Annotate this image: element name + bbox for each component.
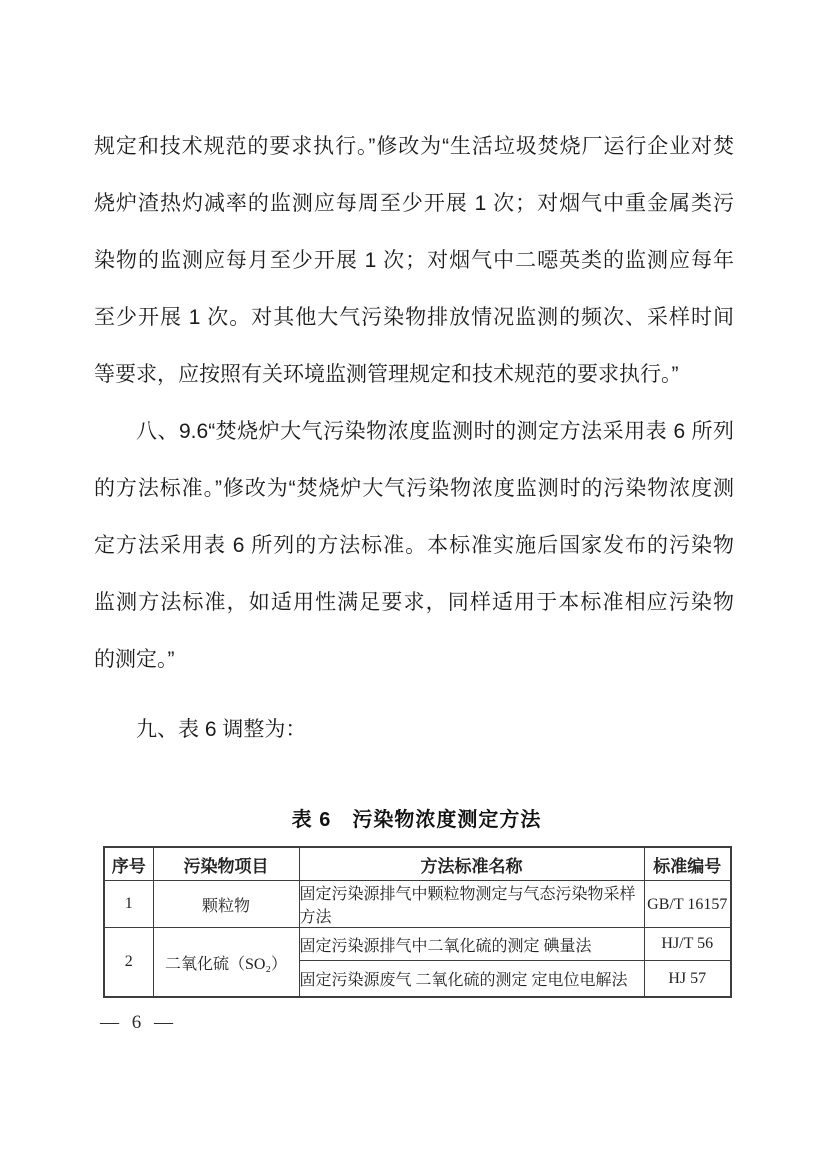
pollutant-methods-table: 序号 污染物项目 方法标准名称 标准编号 1 颗粒物 固定污染源排气中颗粒物测定… bbox=[103, 846, 732, 998]
text-line: 规定和技术规范的要求执行。”修改为“生活垃圾焚烧厂运行企业对焚 bbox=[94, 118, 734, 175]
text-line: 九、表 6 调整为： bbox=[94, 701, 734, 758]
cell-method-name: 固定污染源废气 二氧化硫的测定 定电位电解法 bbox=[299, 961, 644, 998]
cell-method-name: 固定污染源排气中颗粒物测定与气态污染物采样方法 bbox=[299, 881, 644, 928]
text-line: 监测方法标准，如适用性满足要求，同样适用于本标准相应污染物 bbox=[94, 574, 734, 631]
col-header-standard-code: 标准编号 bbox=[644, 847, 731, 881]
text-line: 的测定。” bbox=[94, 631, 734, 688]
cell-standard-code: HJ 57 bbox=[644, 961, 731, 998]
page-number: — 6 — bbox=[100, 1012, 177, 1034]
col-header-pollutant: 污染物项目 bbox=[153, 847, 299, 881]
table-header-row: 序号 污染物项目 方法标准名称 标准编号 bbox=[104, 847, 731, 881]
document-page: 规定和技术规范的要求执行。”修改为“生活垃圾焚烧厂运行企业对焚 烧炉渣热灼减率的… bbox=[0, 0, 827, 1169]
cell-seq: 1 bbox=[104, 881, 153, 928]
cell-standard-code: GB/T 16157 bbox=[644, 881, 731, 928]
table-title: 表 6 污染物浓度测定方法 bbox=[103, 803, 730, 832]
text-line: 至少开展 1 次。对其他大气污染物排放情况监测的频次、采样时间 bbox=[94, 289, 734, 346]
table-row: 1 颗粒物 固定污染源排气中颗粒物测定与气态污染物采样方法 GB/T 16157 bbox=[104, 881, 731, 928]
paragraph-item-eight: 八、9.6“焚烧炉大气污染物浓度监测时的测定方法采用表 6 所列 的方法标准。”… bbox=[94, 403, 734, 688]
text-line: 等要求，应按照有关环境监测管理规定和技术规范的要求执行。” bbox=[94, 346, 734, 403]
text-line: 的方法标准。”修改为“焚烧炉大气污染物浓度监测时的污染物浓度测 bbox=[94, 460, 734, 517]
cell-method-name: 固定污染源排气中二氧化硫的测定 碘量法 bbox=[299, 928, 644, 961]
text-line: 八、9.6“焚烧炉大气污染物浓度监测时的测定方法采用表 6 所列 bbox=[94, 403, 734, 460]
paragraph-continuation: 规定和技术规范的要求执行。”修改为“生活垃圾焚烧厂运行企业对焚 烧炉渣热灼减率的… bbox=[94, 118, 734, 403]
cell-pollutant: 颗粒物 bbox=[153, 881, 299, 928]
body-text: 规定和技术规范的要求执行。”修改为“生活垃圾焚烧厂运行企业对焚 烧炉渣热灼减率的… bbox=[94, 118, 734, 758]
col-header-seq: 序号 bbox=[104, 847, 153, 881]
table-row: 2 二氧化硫（SO₂） 固定污染源排气中二氧化硫的测定 碘量法 HJ/T 56 bbox=[104, 928, 731, 961]
text-line: 烧炉渣热灼减率的监测应每周至少开展 1 次；对烟气中重金属类污 bbox=[94, 175, 734, 232]
text-line: 定方法采用表 6 所列的方法标准。本标准实施后国家发布的污染物 bbox=[94, 517, 734, 574]
col-header-method-name: 方法标准名称 bbox=[299, 847, 644, 881]
paragraph-item-nine: 九、表 6 调整为： bbox=[94, 701, 734, 758]
cell-pollutant: 二氧化硫（SO₂） bbox=[153, 928, 299, 998]
cell-standard-code: HJ/T 56 bbox=[644, 928, 731, 961]
cell-seq: 2 bbox=[104, 928, 153, 998]
text-line: 染物的监测应每月至少开展 1 次；对烟气中二噁英类的监测应每年 bbox=[94, 232, 734, 289]
